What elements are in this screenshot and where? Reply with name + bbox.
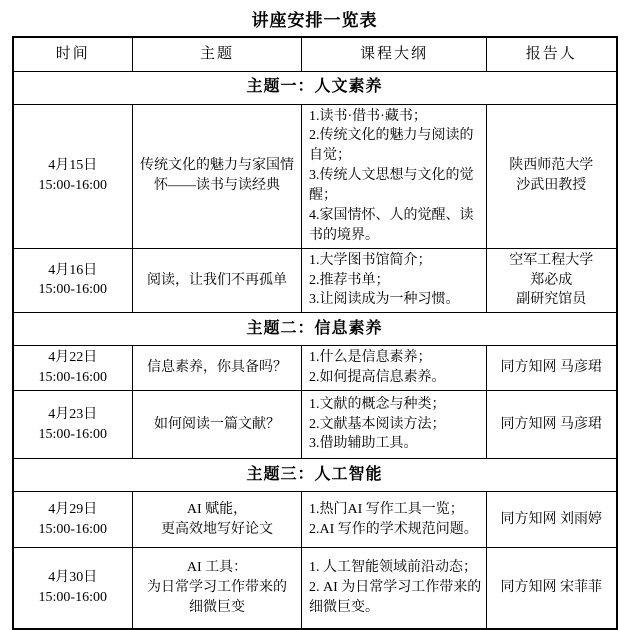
speaker-cell: 同方知网 马彦珺 xyxy=(487,391,617,459)
table-row: 4月30日 15:00-16:00 AI 工具： 为日常学习工作带来的 细微巨变… xyxy=(13,548,617,629)
speaker-cell: 同方知网 宋菲菲 xyxy=(487,548,617,629)
table-header-row: 时间 主题 课程大纲 报告人 xyxy=(13,37,617,71)
section-row-3: 主题三：人工智能 xyxy=(13,459,617,492)
time-cell: 4月16日 15:00-16:00 xyxy=(13,248,133,313)
table-row: 4月22日 15:00-16:00 信息素养，你具备吗？ 1.什么是信息素养； … xyxy=(13,346,617,391)
speaker-cell: 陕西师范大学 沙武田教授 xyxy=(487,104,617,248)
speaker-cell: 同方知网 刘雨婷 xyxy=(487,492,617,548)
topic-cell: 传统文化的魅力与家国情怀——读书与读经典 xyxy=(133,104,302,248)
section-row-2: 主题二：信息素养 xyxy=(13,313,617,346)
topic-cell: 阅读，让我们不再孤单 xyxy=(133,248,302,313)
col-header-time: 时间 xyxy=(13,37,133,71)
col-header-outline: 课程大纲 xyxy=(302,37,487,71)
time-cell: 4月15日 15:00-16:00 xyxy=(13,104,133,248)
table-row: 4月23日 15:00-16:00 如何阅读一篇文献？ 1.文献的概念与种类； … xyxy=(13,391,617,459)
topic-cell: AI 工具： 为日常学习工作带来的 细微巨变 xyxy=(133,548,302,629)
outline-cell: 1.什么是信息素养； 2.如何提高信息素养。 xyxy=(302,346,487,391)
topic-cell: 信息素养，你具备吗？ xyxy=(133,346,302,391)
section-title-ai: 主题三：人工智能 xyxy=(13,459,617,492)
outline-cell: 1.大学图书馆简介； 2.推荐书单； 3.让阅读成为一种习惯。 xyxy=(302,248,487,313)
outline-cell: 1.读书·借书·藏书； 2.传统文化的魅力与阅读的自觉； 3.传统人文思想与文化… xyxy=(302,104,487,248)
section-title-information: 主题二：信息素养 xyxy=(13,313,617,346)
time-cell: 4月22日 15:00-16:00 xyxy=(13,346,133,391)
outline-cell: 1.热门AI 写作工具一览； 2.AI 写作的学术规范问题。 xyxy=(302,492,487,548)
speaker-cell: 同方知网 马彦珺 xyxy=(487,346,617,391)
time-cell: 4月23日 15:00-16:00 xyxy=(13,391,133,459)
table-row: 4月15日 15:00-16:00 传统文化的魅力与家国情怀——读书与读经典 1… xyxy=(13,104,617,248)
time-cell: 4月29日 15:00-16:00 xyxy=(13,492,133,548)
table-row: 4月29日 15:00-16:00 AI 赋能， 更高效地写好论文 1.热门AI… xyxy=(13,492,617,548)
table-row: 4月16日 15:00-16:00 阅读，让我们不再孤单 1.大学图书馆简介； … xyxy=(13,248,617,313)
outline-cell: 1.文献的概念与种类； 2.文献基本阅读方法； 3.借助辅助工具。 xyxy=(302,391,487,459)
speaker-cell: 空军工程大学 郑必成 副研究馆员 xyxy=(487,248,617,313)
topic-cell: 如何阅读一篇文献？ xyxy=(133,391,302,459)
outline-cell: 1. 人工智能领域前沿动态； 2. AI 为日常学习工作带来的细微巨变。 xyxy=(302,548,487,629)
time-cell: 4月30日 15:00-16:00 xyxy=(13,548,133,629)
col-header-speaker: 报告人 xyxy=(487,37,617,71)
page: 讲座安排一览表 时间 主题 课程大纲 报告人 主题一：人文素养 4月15日 15… xyxy=(0,0,629,630)
page-title: 讲座安排一览表 xyxy=(0,0,629,36)
topic-cell: AI 赋能， 更高效地写好论文 xyxy=(133,492,302,548)
section-row-1: 主题一：人文素养 xyxy=(13,71,617,104)
lecture-schedule-table: 时间 主题 课程大纲 报告人 主题一：人文素养 4月15日 15:00-16:0… xyxy=(12,36,618,630)
section-title-humanities: 主题一：人文素养 xyxy=(13,71,617,104)
col-header-topic: 主题 xyxy=(133,37,302,71)
